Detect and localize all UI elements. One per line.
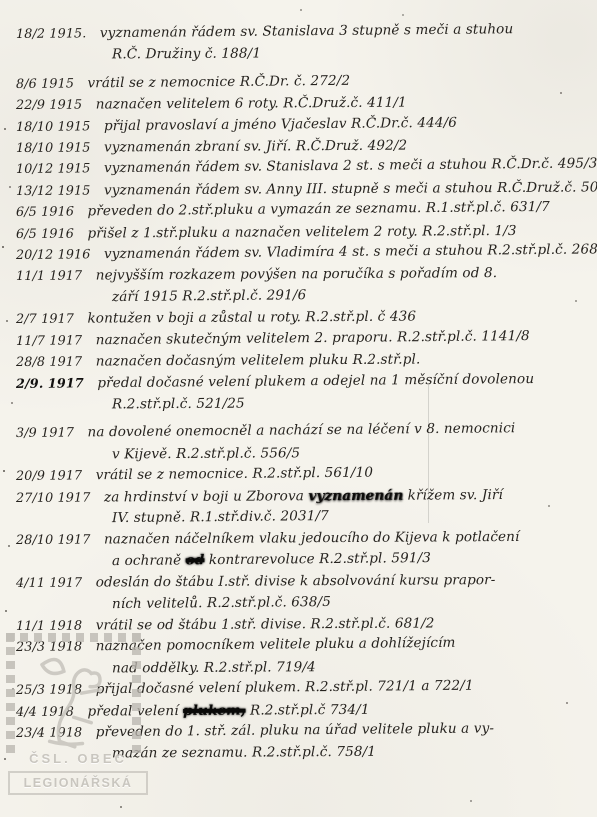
entry-text: na dovolené onemocněl a nachází se na lé… <box>87 421 515 441</box>
entry-text: naznačen velitelem 6 roty. R.Č.Druž.č. 4… <box>96 95 407 113</box>
stamp-text-line2: LEGIONÁŘSKÁ <box>8 771 148 795</box>
entry-date: 27/10 1917 <box>16 487 91 509</box>
entry-text: přišel z 1.stř.pluku a naznačen velitele… <box>87 223 516 242</box>
entry-text: předal dočasné velení plukem a odejel na… <box>97 371 534 391</box>
entry-date: 20/12 1916 <box>16 244 91 266</box>
entry-text: přijal pravoslaví a jméno Vjačeslav R.Č.… <box>104 114 457 133</box>
record-entry-continuation: R.2.stř.pl.č. 521/25 <box>16 391 589 416</box>
entry-text: vrátil se z nemocnice R.Č.Dr. č. 272/2 <box>87 73 350 92</box>
entry-date: 11/7 1917 <box>16 330 82 352</box>
entry-text: kontužen v boji a zůstal u roty. R.2.stř… <box>87 309 416 327</box>
record-entry: 10/12 1915 vyznamenán řádem sv. Stanisla… <box>16 154 589 181</box>
entry-text: naznačen náčelníkem vlaku jedoucího do K… <box>104 529 520 548</box>
entry-text: vyznamenán zbraní sv. Jiří. R.Č.Druž. 49… <box>104 138 407 156</box>
entry-text: naznačen dočasným velitelem pluku R.2.st… <box>96 352 421 370</box>
entry-text: v Kijevě. R.2.stř.pl.č. 556/5 <box>112 445 300 462</box>
entry-date: 4/11 1917 <box>16 573 82 595</box>
stamp-frame <box>132 633 141 753</box>
entry-text: vrátil se od štábu 1.stř. divise. R.2.st… <box>96 615 435 633</box>
entry-date: 2/7 1917 <box>16 309 74 331</box>
entry-text: vrátil se z nemocnice. R.2.stř.pl. 561/1… <box>96 465 374 484</box>
entry-text: nejvyšším rozkazem povýšen na poručíka s… <box>96 266 497 284</box>
record-entry: 3/9 1917 na dovolené onemocněl a nachází… <box>16 418 589 445</box>
entry-text: za hrdinství v boji u Zborova <box>104 488 304 505</box>
stamp-frame <box>6 633 15 753</box>
entry-text: převeden do 2.stř.pluku a vymazán ze sez… <box>87 199 550 219</box>
entry-date: 18/10 1915 <box>16 116 91 138</box>
stamp-frame <box>6 633 141 642</box>
entry-date: 22/9 1915 <box>16 95 82 117</box>
record-entry-continuation: R.Č. Družiny č. 188/1 <box>16 42 589 67</box>
entry-date: 28/10 1917 <box>16 530 91 552</box>
scan-noise <box>0 0 2 2</box>
entry-text: vyznamenán řádem sv. Stanislava 3 stupně… <box>100 21 514 41</box>
entry-text: a ochraně <box>112 552 181 569</box>
entry-text-struck: od <box>186 552 205 568</box>
entry-text: ních velitelů. R.2.stř.pl.č. 638/5 <box>112 594 331 612</box>
entry-date: 28/8 1917 <box>16 352 82 374</box>
entry-text: R.Č. Družiny č. 188/1 <box>112 46 261 63</box>
entry-date: 6/5 1916 <box>16 223 74 245</box>
fold-line <box>428 385 429 523</box>
record-entry: 20/9 1917 vrátil se z nemocnice. R.2.stř… <box>16 461 589 488</box>
entry-date: 6/5 1916 <box>16 202 74 224</box>
stamp-text-line1: ČSL. OBEC <box>10 751 146 766</box>
entry-text: vyznamenán řádem sv. Vladimíra 4 st. s m… <box>104 241 597 262</box>
entry-text-struck: plukem, <box>183 702 246 718</box>
entry-date: 20/9 1917 <box>16 465 82 487</box>
entry-date: 11/1 1917 <box>16 266 82 288</box>
entry-text: R.2.stř.pl.č 734/1 <box>250 701 370 718</box>
document-page: 18/2 1915. vyznamenán řádem sv. Stanisla… <box>0 0 597 817</box>
record-entry: 6/5 1916 převeden do 2.stř.pluku a vymaz… <box>16 197 589 224</box>
entry-text: odeslán do štábu I.stř. divise k absolvo… <box>96 572 496 590</box>
entry-text: září 1915 R.2.stř.pl.č. 291/6 <box>112 287 306 305</box>
entry-text: křížem sv. Jiří <box>408 487 503 504</box>
entry-text: kontrarevoluce R.2.stř.pl. 591/3 <box>209 550 431 568</box>
entry-text: vyznamenán řádem sv. Stanislava 2 st. s … <box>104 156 597 177</box>
entry-text-overwritten: vyznamenán <box>308 487 403 504</box>
entry-date: 8/6 1915 <box>16 73 74 95</box>
entry-text: vyznamenán řádem sv. Anny III. stupně s … <box>104 179 597 198</box>
entry-text: R.2.stř.pl.č. 521/25 <box>112 396 245 413</box>
entry-date: 18/10 1915 <box>16 138 91 160</box>
entry-text: IV. stupně. R.1.stř.div.č. 2031/7 <box>112 508 329 526</box>
legionary-stamp: ČSL. OBEC LEGIONÁŘSKÁ <box>4 633 156 813</box>
entry-text: naznačen skutečným velitelem 2. praporu.… <box>96 328 530 348</box>
entry-date: 18/2 1915. <box>16 23 87 45</box>
lion-emblem-icon <box>22 645 132 749</box>
entry-date: 13/12 1915 <box>16 180 91 202</box>
entry-date: 3/9 1917 <box>16 423 74 445</box>
entry-date: 2/9. 1917 <box>16 373 84 395</box>
entry-date: 10/12 1915 <box>16 159 91 181</box>
